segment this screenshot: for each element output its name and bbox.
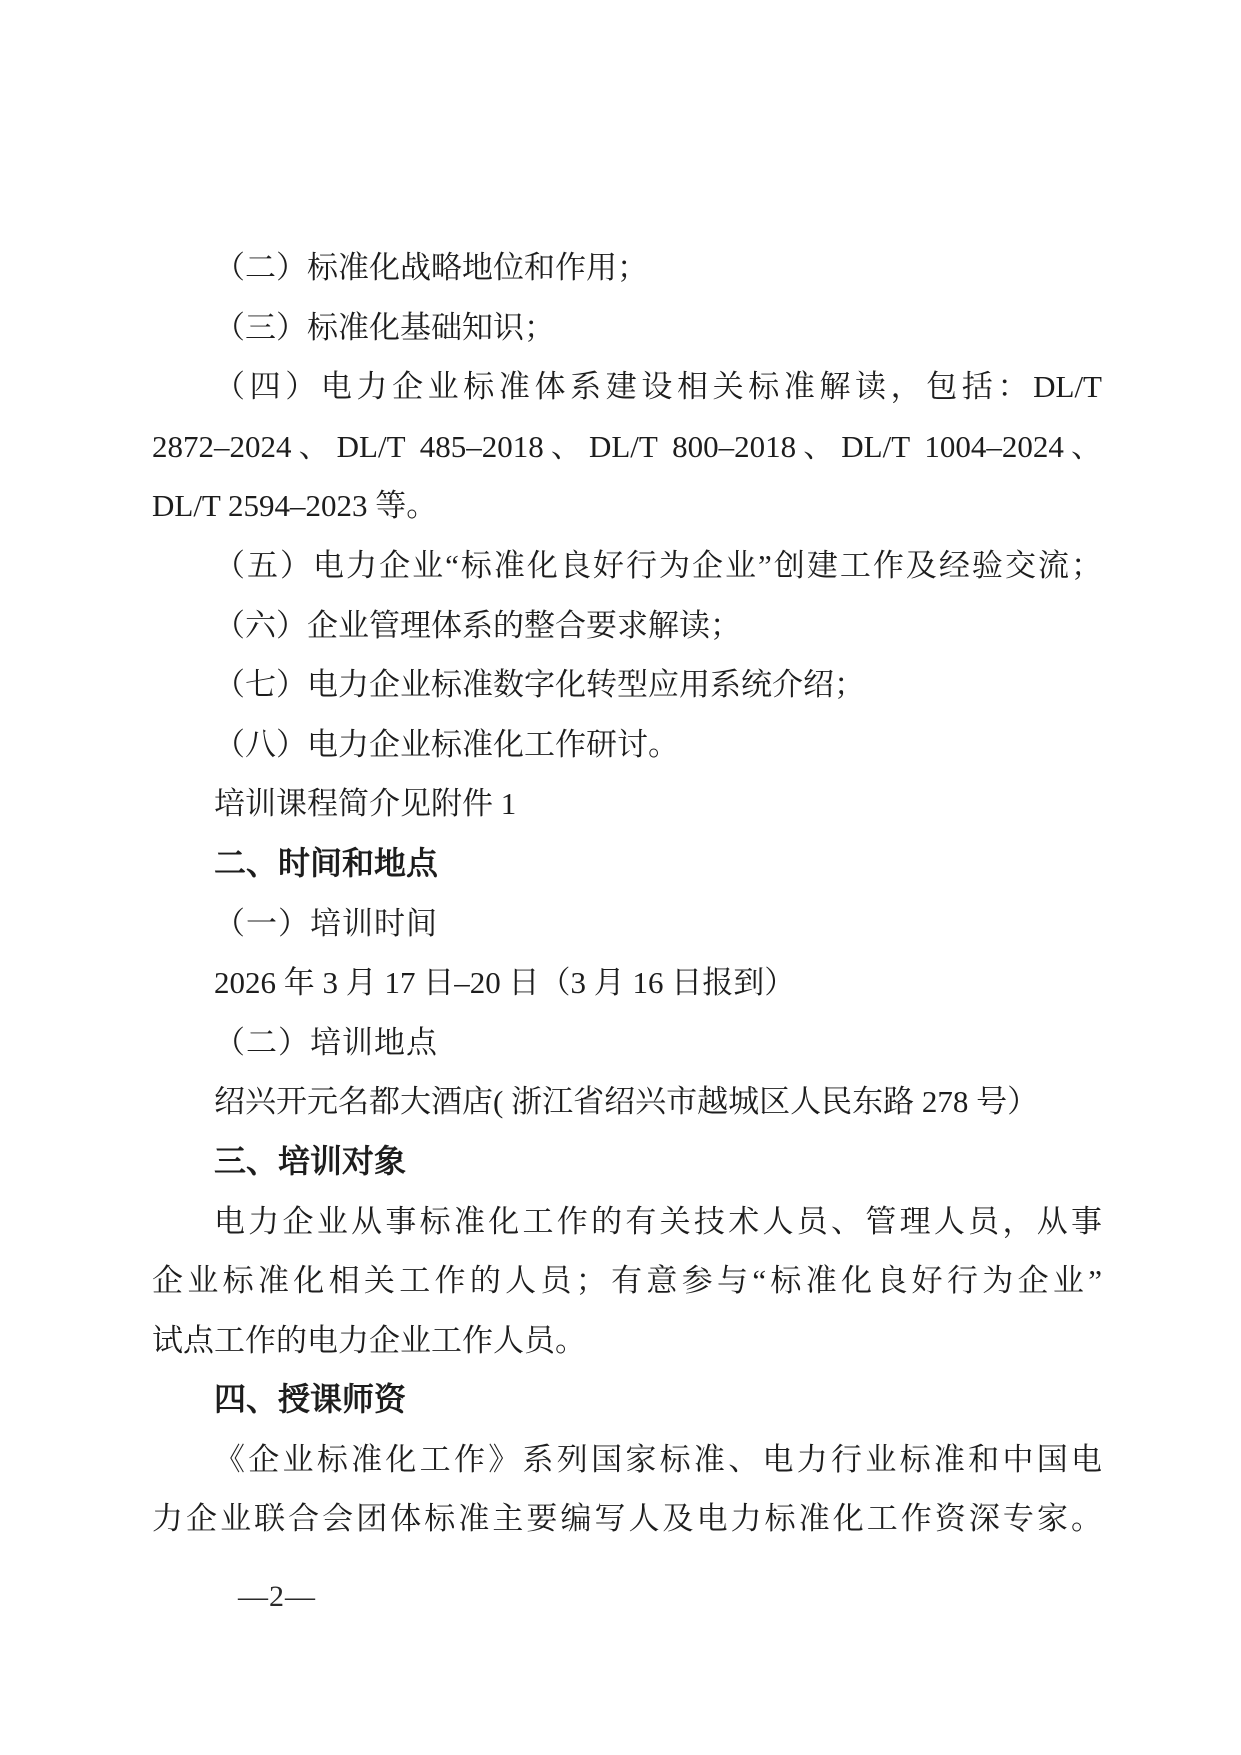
text-line: DL/T 2594–2023 等。 — [152, 476, 1102, 536]
document-body: （二）标准化战略地位和作用； （三）标准化基础知识； （四）电力企业标准体系建设… — [152, 238, 1102, 1549]
text-line: 《企业标准化工作》系列国家标准、电力行业标准和中国电 — [152, 1430, 1102, 1490]
text-line: 力企业联合会团体标准主要编写人及电力标准化工作资深专家。 — [152, 1489, 1102, 1549]
section-heading-time-place: 二、时间和地点 — [152, 834, 1102, 894]
text-line: 企业标准化相关工作的人员；有意参与“标准化良好行为企业” — [152, 1251, 1102, 1311]
section-heading-instructors: 四、授课师资 — [152, 1370, 1102, 1430]
subheading-training-time: （一）培训时间 — [152, 894, 1102, 954]
text-line: 电力企业从事标准化工作的有关技术人员、管理人员，从事 — [152, 1192, 1102, 1252]
text-line: （三）标准化基础知识； — [152, 298, 1102, 358]
text-line: （二）标准化战略地位和作用； — [152, 238, 1102, 298]
subheading-training-place: （二）培训地点 — [152, 1013, 1102, 1073]
text-line: （八）电力企业标准化工作研讨。 — [152, 715, 1102, 775]
text-line: 培训课程简介见附件 1 — [152, 774, 1102, 834]
text-line: 2872–2024、DL/T 485–2018、DL/T 800–2018、DL… — [152, 417, 1102, 477]
text-line: 2026 年 3 月 17 日–20 日（3 月 16 日报到） — [152, 953, 1102, 1013]
document-page: （二）标准化战略地位和作用； （三）标准化基础知识； （四）电力企业标准体系建设… — [0, 0, 1241, 1755]
text-line: （五）电力企业“标准化良好行为企业”创建工作及经验交流； — [152, 536, 1102, 596]
page-number: —2— — [238, 1577, 316, 1617]
text-line: （四）电力企业标准体系建设相关标准解读，包括：DL/T — [152, 357, 1102, 417]
text-line: （六）企业管理体系的整合要求解读； — [152, 596, 1102, 656]
text-line: （七）电力企业标准数字化转型应用系统介绍； — [152, 655, 1102, 715]
section-heading-trainees: 三、培训对象 — [152, 1132, 1102, 1192]
text-line: 试点工作的电力企业工作人员。 — [152, 1311, 1102, 1371]
text-line: 绍兴开元名都大酒店( 浙江省绍兴市越城区人民东路 278 号） — [152, 1072, 1102, 1132]
